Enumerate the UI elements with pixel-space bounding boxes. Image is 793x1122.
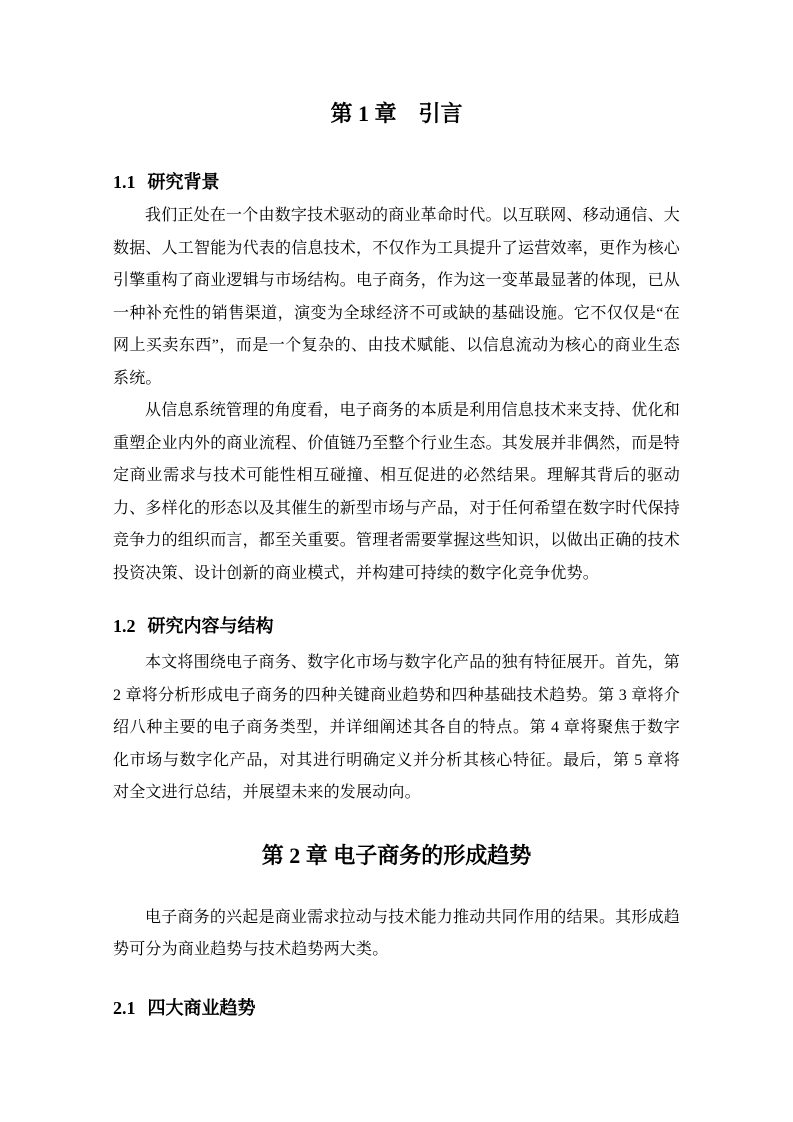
section-1-2-heading: 1.2研究内容与结构	[113, 615, 680, 637]
section-2-1-heading: 2.1四大商业趋势	[113, 997, 680, 1019]
section-1-2-title: 研究内容与结构	[148, 616, 274, 636]
paragraph-content-structure: 本文将围绕电子商务、数字化市场与数字化产品的独有特征展开。首先，第 2 章将分析…	[113, 647, 680, 810]
section-1-2-number: 1.2	[113, 616, 136, 636]
chapter-2-title: 第 2 章 电子商务的形成趋势	[113, 840, 680, 872]
paragraph-research-background-2: 从信息系统管理的角度看，电子商务的本质是利用信息技术来支持、优化和重塑企业内外的…	[113, 395, 680, 590]
section-1-1-title: 研究背景	[148, 172, 220, 192]
section-2-1-number: 2.1	[113, 998, 136, 1018]
paragraph-research-background-1: 我们正处在一个由数字技术驱动的商业革命时代。以互联网、移动通信、大数据、人工智能…	[113, 200, 680, 395]
section-2-1-title: 四大商业趋势	[148, 998, 256, 1018]
document-page: 第 1 章 引言 1.1研究背景 我们正处在一个由数字技术驱动的商业革命时代。以…	[0, 0, 793, 1122]
section-1-1-number: 1.1	[113, 172, 136, 192]
chapter-1-title: 第 1 章 引言	[113, 98, 680, 130]
paragraph-chapter-2-intro: 电子商务的兴起是商业需求拉动与技术能力推动共同作用的结果。其形成趋势可分为商业趋…	[113, 902, 680, 967]
section-1-1-heading: 1.1研究背景	[113, 171, 680, 193]
